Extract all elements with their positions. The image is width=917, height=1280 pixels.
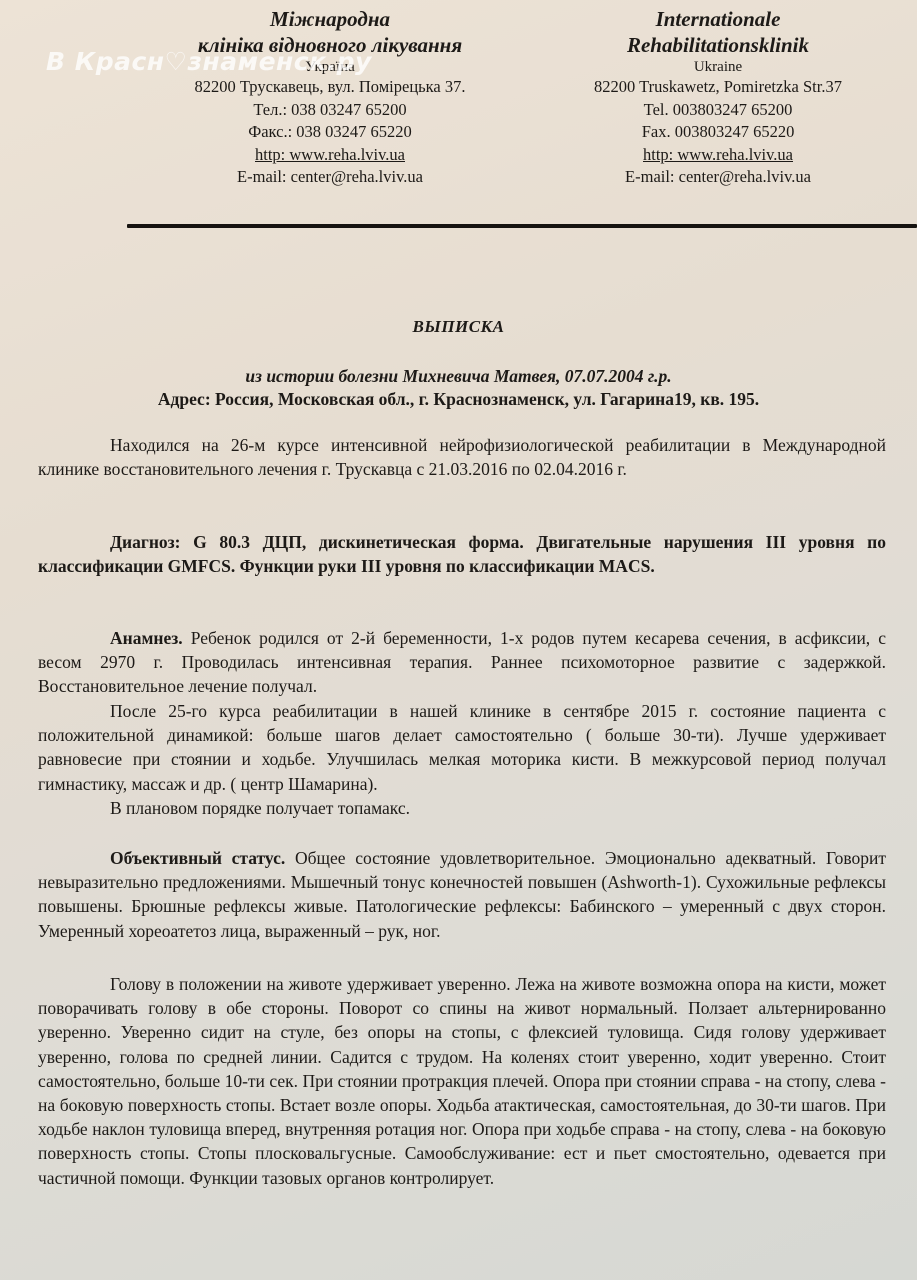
letterhead-ukrainian: Міжнародна клініка відновного лікування … xyxy=(150,6,510,189)
clinic-email: E-mail: center@reha.lviv.ua xyxy=(548,166,888,189)
patient-address: Адрес: Россия, Московская обл., г. Красн… xyxy=(0,389,917,410)
clinic-name-line2: Rehabilitationsklinik xyxy=(548,32,888,58)
letterhead-german: Internationale Rehabilitationsklinik Ukr… xyxy=(548,6,888,189)
clinic-country: Україна xyxy=(150,58,510,76)
clinic-phone: Тел.: 038 03247 65200 xyxy=(150,99,510,122)
letterhead: Міжнародна клініка відновного лікування … xyxy=(0,6,917,206)
clinic-name-line1: Internationale xyxy=(548,6,888,32)
anamnesis-dynamics-paragraph: После 25-го курса реабилитации в нашей к… xyxy=(38,699,886,796)
clinic-name-line2: клініка відновного лікування xyxy=(150,32,510,58)
clinic-fax: Fax. 003803247 65220 xyxy=(548,121,888,144)
clinic-country: Ukraine xyxy=(548,58,888,76)
clinic-phone: Tel. 003803247 65200 xyxy=(548,99,888,122)
clinic-website-link[interactable]: http: www.reha.lviv.ua xyxy=(150,144,510,167)
diagnosis-paragraph: Диагноз: G 80.3 ДЦП, дискинетическая фор… xyxy=(38,530,886,578)
anamnesis-label: Анамнез. xyxy=(110,628,183,648)
motor-function-paragraph: Голову в положении на животе удерживает … xyxy=(38,972,886,1190)
clinic-address: 82200 Truskawetz, Pomiretzka Str.37 xyxy=(548,76,888,99)
patient-line: из истории болезни Михневича Матвея, 07.… xyxy=(0,366,917,387)
clinic-website-link[interactable]: http: www.reha.lviv.ua xyxy=(548,144,888,167)
clinic-name-line1: Міжнародна xyxy=(150,6,510,32)
stay-paragraph: Находился на 26-м курсе интенсивной нейр… xyxy=(38,433,886,481)
anamnesis-medication-paragraph: В плановом порядке получает топамакс. xyxy=(38,796,886,820)
objective-status-label: Объективный статус. xyxy=(110,848,285,868)
clinic-fax: Факс.: 038 03247 65220 xyxy=(150,121,510,144)
anamnesis-paragraph: Анамнез. Ребенок родился от 2-й беременн… xyxy=(38,626,886,699)
letterhead-divider xyxy=(127,224,917,228)
document-page: В Красн♡знаменск.ру Міжнародна клініка в… xyxy=(0,0,917,1280)
objective-status-paragraph: Объективный статус. Общее состояние удов… xyxy=(38,846,886,943)
clinic-address: 82200 Трускавець, вул. Помірецька 37. xyxy=(150,76,510,99)
document-title: ВЫПИСКА xyxy=(0,317,917,337)
clinic-email: E-mail: center@reha.lviv.ua xyxy=(150,166,510,189)
